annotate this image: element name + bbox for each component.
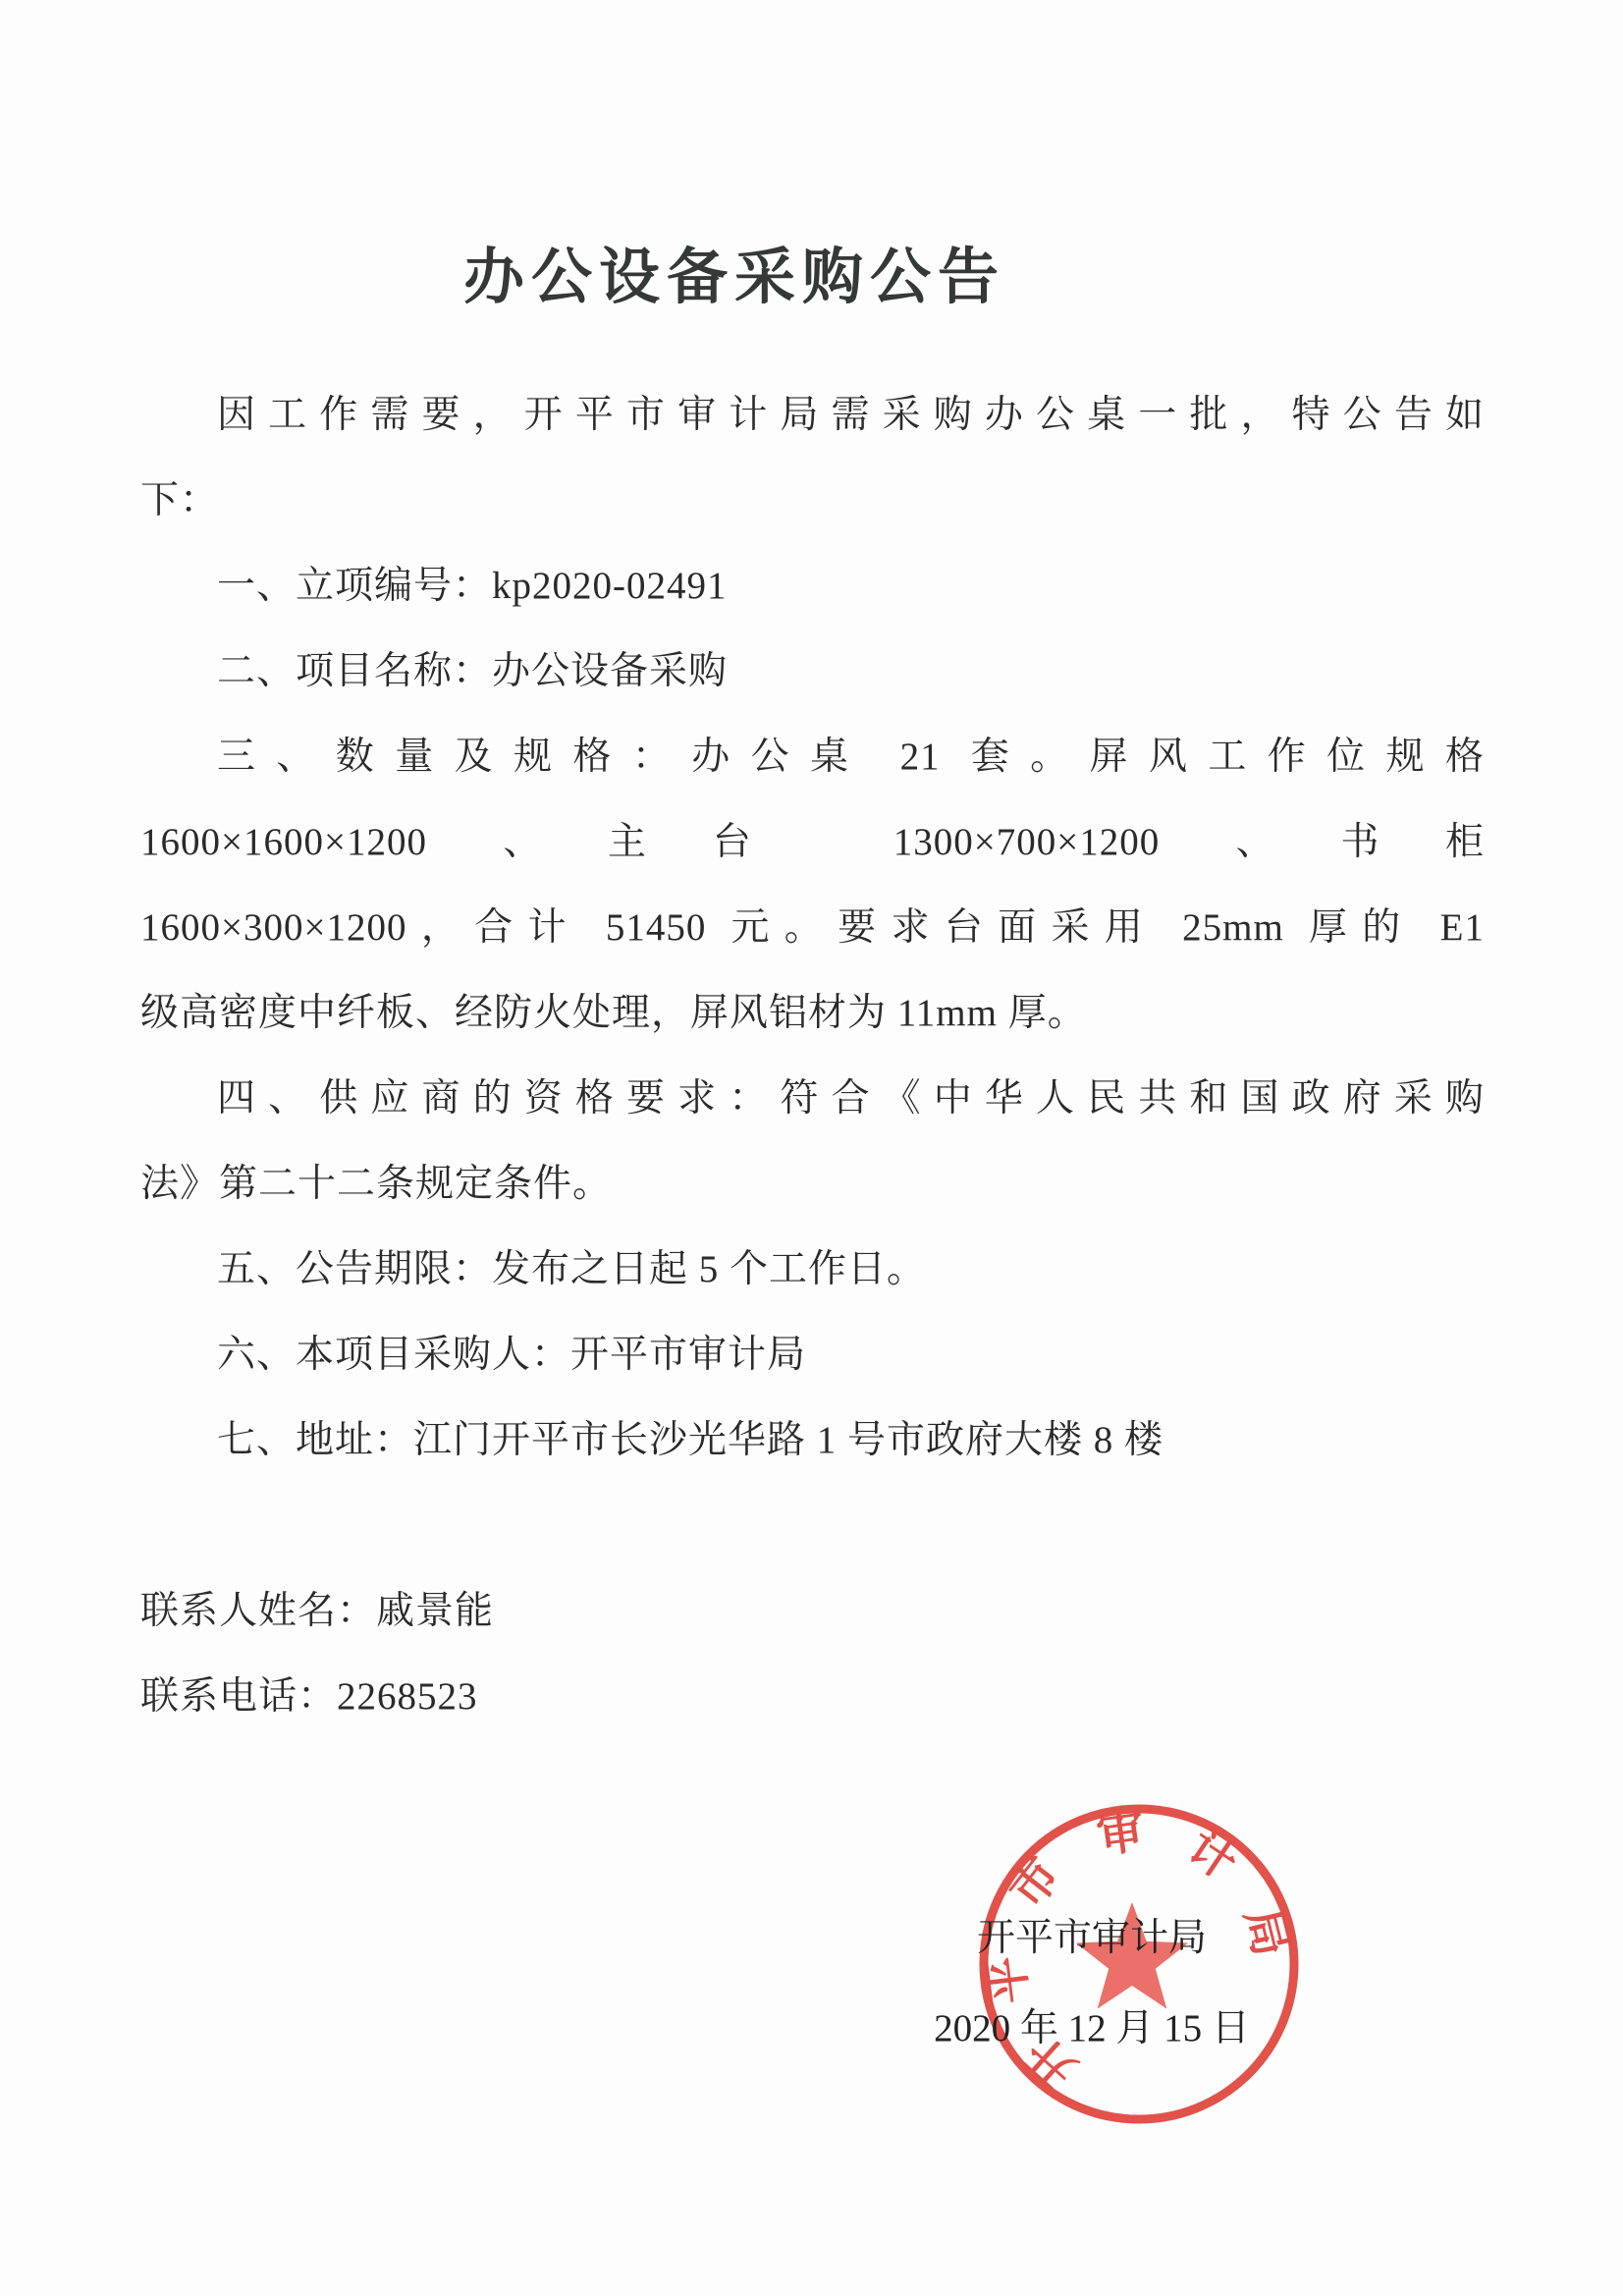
doc-line: 1600×300×1200，合计 51450 元。要求台面采用 25mm 厚的 …: [140, 885, 1485, 970]
document-body: 因工作需要，开平市审计局需采购办公桌一批，特公告如 下： 一、立项编号：kp20…: [140, 372, 1485, 1739]
seal-char: 计: [1178, 1821, 1246, 1890]
signature-org: 开平市审计局: [854, 1893, 1329, 1984]
signature-date: 2020 年 12 月 15 日: [854, 1984, 1329, 2074]
doc-line: 五、公告期限：发布之日起 5 个工作日。: [140, 1227, 1485, 1312]
doc-line: 下：: [140, 458, 1485, 543]
doc-line: 法》第二十二条规定条件。: [140, 1141, 1485, 1227]
doc-line: 级高密度中纤板、经防火处理，屏风铝材为 11mm 厚。: [140, 970, 1485, 1056]
contact-name-line: 联系人姓名：戚景能: [140, 1568, 1485, 1654]
document-title: 办公设备采购公告: [463, 228, 1005, 315]
doc-line: 七、地址：江门开平市长沙光华路 1 号市政府大楼 8 楼: [140, 1397, 1485, 1483]
contact-phone-line: 联系电话：2268523: [140, 1654, 1485, 1739]
doc-line: 1600×1600×1200 、主台 1300×700×1200 、书柜: [140, 799, 1485, 885]
seal-char: 审: [1094, 1805, 1148, 1863]
doc-line: 三、数量及规格：办公桌 21 套。屏风工作位规格: [140, 714, 1485, 799]
doc-line: 二、项目名称：办公设备采购: [140, 629, 1485, 714]
document-page: 办公设备采购公告 因工作需要，开平市审计局需采购办公桌一批，特公告如 下： 一、…: [0, 0, 1623, 2296]
doc-line: 四、供应商的资格要求：符合《中华人民共和国政府采购: [140, 1056, 1485, 1141]
doc-line: 六、本项目采购人：开平市审计局: [140, 1312, 1485, 1397]
signature-block: 开平市审计局 2020 年 12 月 15 日: [854, 1893, 1329, 2074]
doc-line: 一、立项编号：kp2020-02491: [140, 543, 1485, 629]
doc-line: 因工作需要，开平市审计局需采购办公桌一批，特公告如: [140, 372, 1485, 458]
